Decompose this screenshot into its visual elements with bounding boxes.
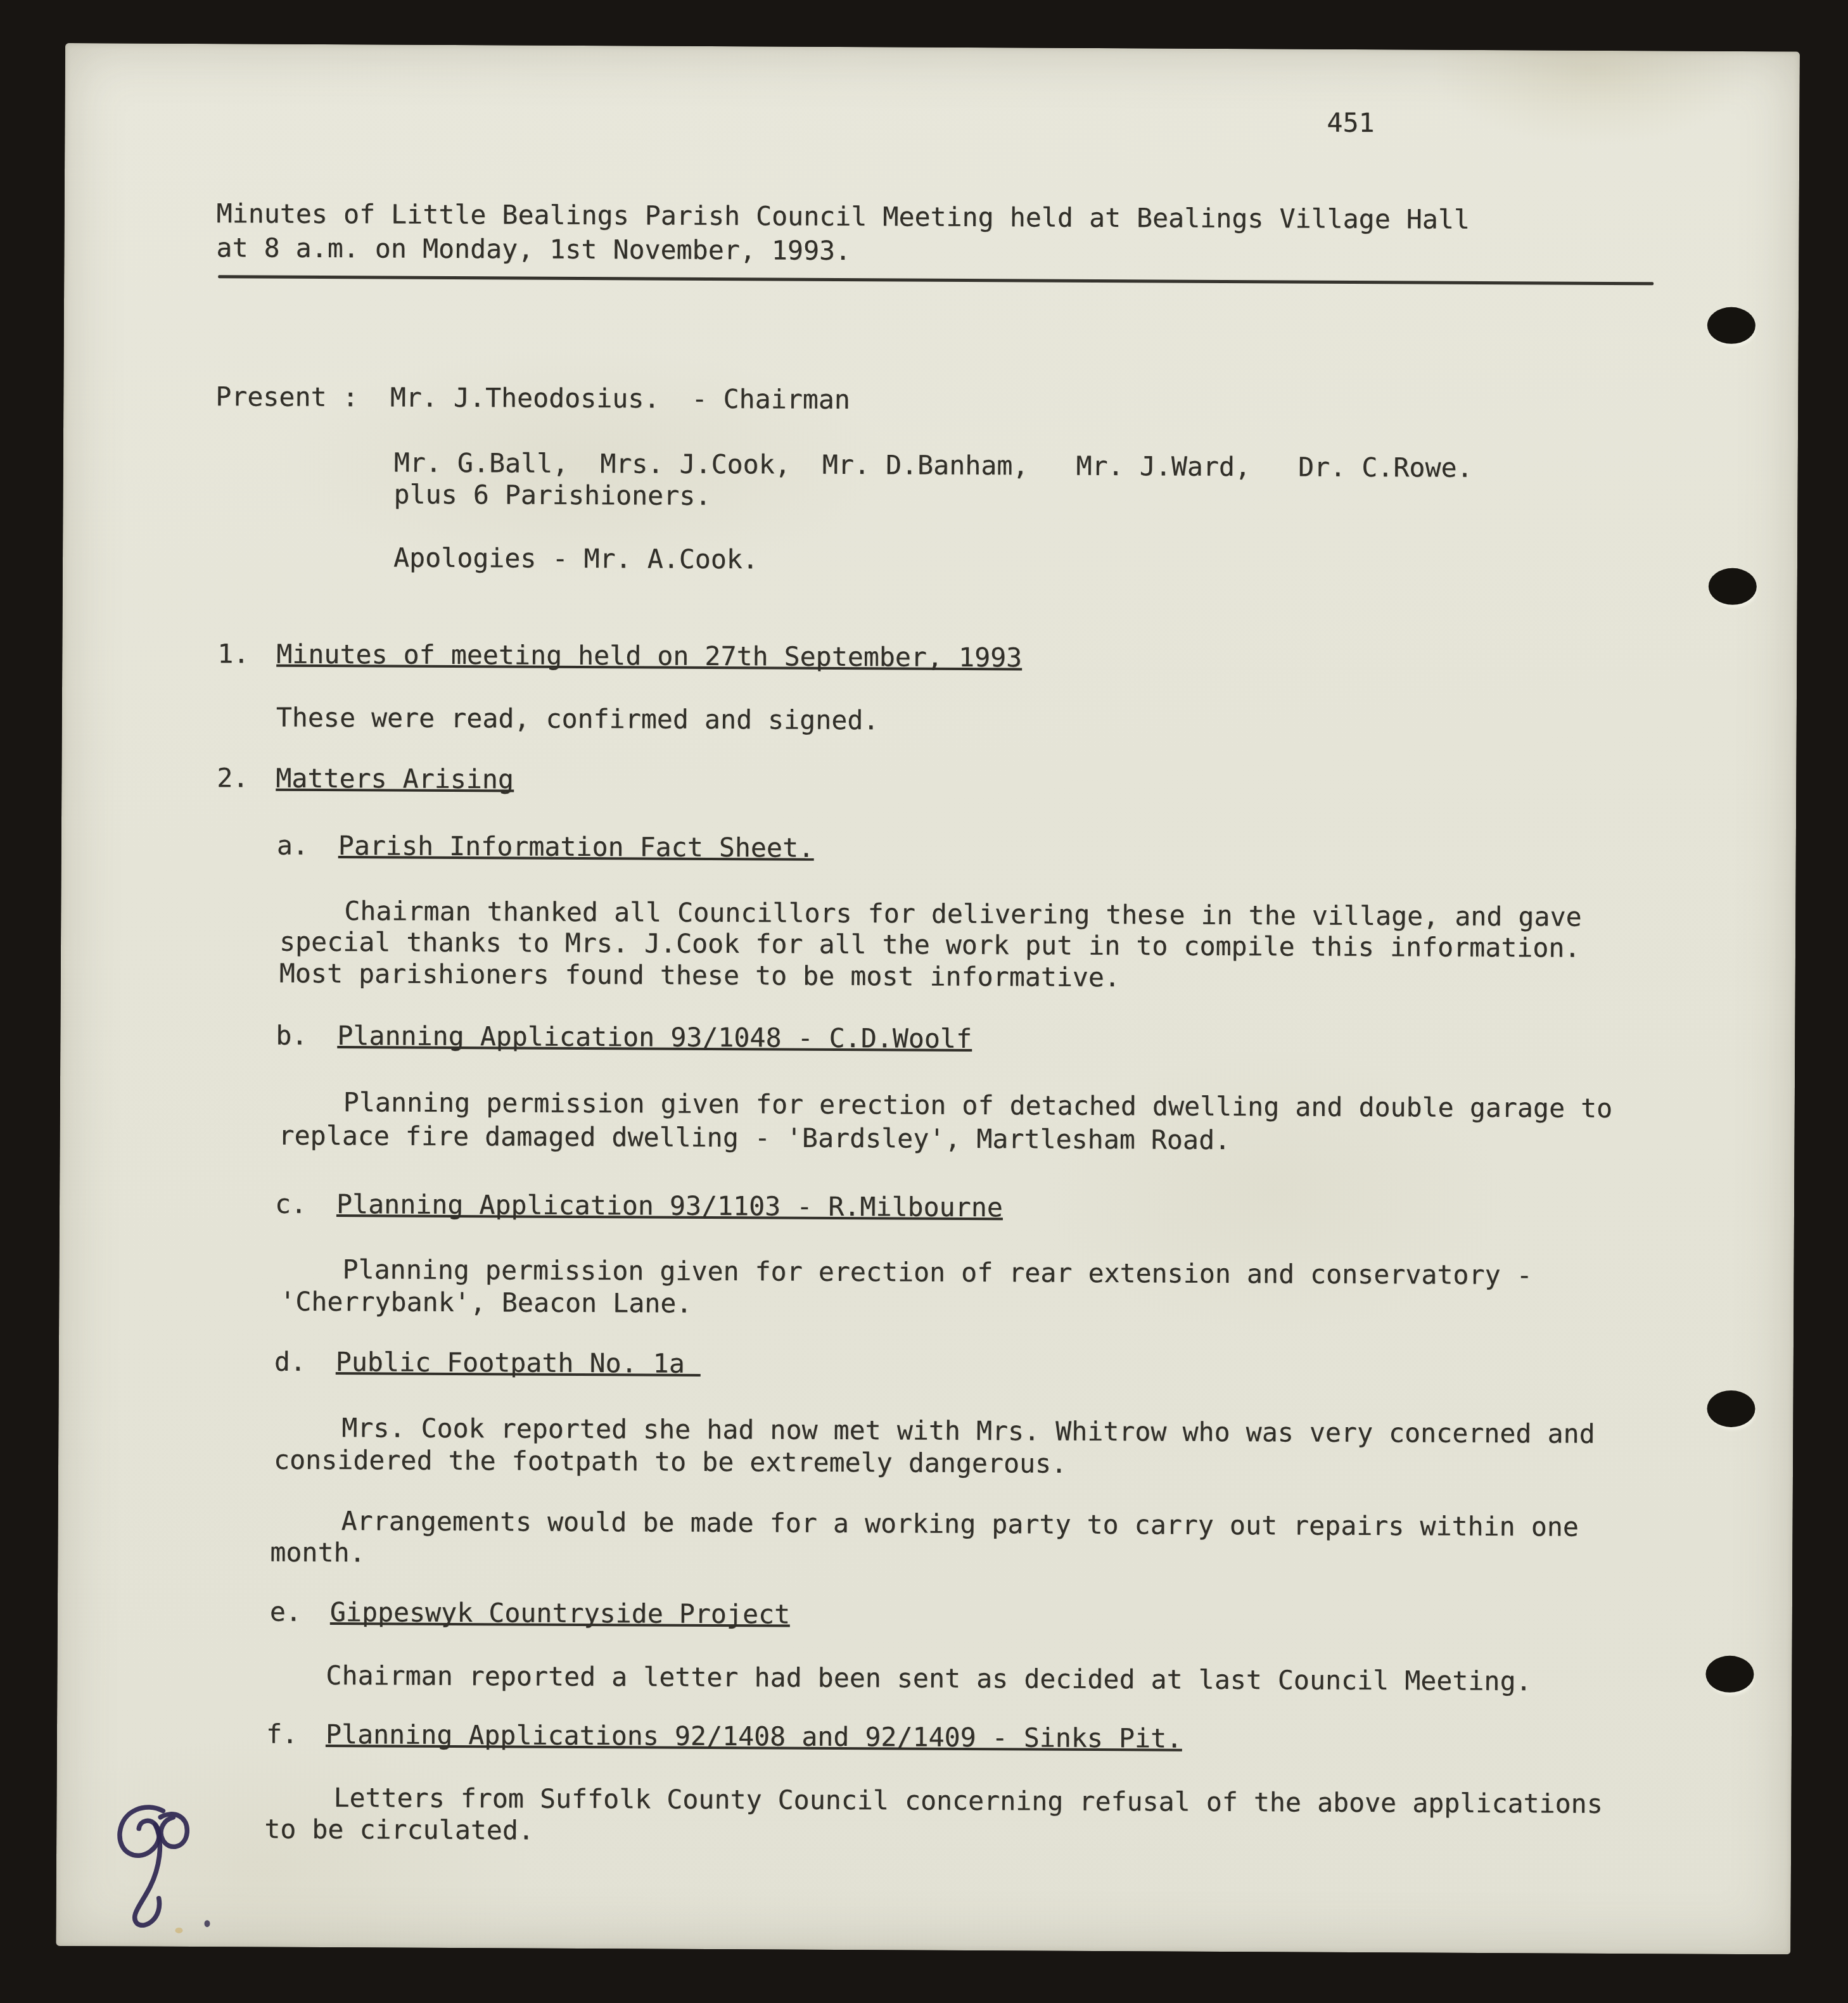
subitem-b-letter: b. (276, 1022, 307, 1049)
item-1-title-text: Minutes of meeting held on 27th Septembe… (276, 641, 1022, 671)
header-rule (218, 275, 1654, 285)
punch-hole (1709, 568, 1757, 605)
body-line: Letters from Suffolk County Council conc… (333, 1784, 1603, 1817)
subitem-c-letter: c. (275, 1191, 307, 1218)
body-line: Planning permission given for erection o… (343, 1089, 1613, 1121)
body-line: 'Cherrybank', Beacon Lane. (279, 1288, 692, 1317)
subitem-a-title: Parish Information Fact Sheet. (338, 832, 814, 861)
item-2-title-text: Matters Arising (276, 765, 514, 792)
body-line: replace fire damaged dwelling - 'Bardsle… (278, 1122, 1230, 1154)
item-2-number: 2. (217, 765, 248, 791)
apologies-line: Apologies - Mr. A.Cook. (393, 545, 758, 573)
body-line: Mrs. Cook reported she had now met with … (341, 1415, 1595, 1447)
body-line: considered the footpath to be extremely … (274, 1447, 1067, 1477)
subitem-d-title-text: Public Footpath No. 1a (336, 1349, 701, 1377)
ink-speck (204, 1920, 210, 1927)
body-line: Chairman reported a letter had been sent… (326, 1662, 1531, 1695)
subitem-f-title-text: Planning Applications 92/1408 and 92/140… (326, 1721, 1182, 1752)
present-line: Present : Mr. J.Theodosius. - Chairman (215, 383, 850, 412)
body-line: month. (270, 1539, 365, 1566)
page-number: 451 (1327, 110, 1374, 136)
parishioners-line: plus 6 Parishioners. (393, 481, 711, 509)
punch-hole (1707, 1390, 1755, 1427)
subitem-f-letter: f. (266, 1721, 298, 1748)
subitem-b-title: Planning Application 93/1048 - C.D.Woolf (337, 1022, 972, 1052)
body-line: Planning permission given for erection o… (342, 1256, 1532, 1288)
item-2-title: Matters Arising (276, 765, 514, 792)
body-line: to be circulated. (264, 1816, 534, 1844)
subitem-f-title: Planning Applications 92/1408 and 92/140… (326, 1721, 1182, 1752)
document-page: 451 Minutes of Little Bealings Parish Co… (56, 43, 1800, 1954)
subitem-a-letter: a. (277, 832, 309, 859)
subitem-d-title: Public Footpath No. 1a (336, 1349, 701, 1377)
councillors-line: Mr. G.Ball, Mrs. J.Cook, Mr. D.Banham, M… (394, 450, 1473, 481)
item-1-number: 1. (217, 640, 249, 667)
punch-hole (1707, 307, 1756, 344)
subitem-c-title: Planning Application 93/1103 - R.Milbour… (336, 1191, 1003, 1221)
subitem-e-title-text: Gippeswyk Countryside Project (330, 1599, 790, 1627)
subitem-e-letter: e. (270, 1599, 302, 1625)
item-1-body-line: These were read, confirmed and signed. (276, 704, 879, 734)
subitem-e-title: Gippeswyk Countryside Project (330, 1599, 790, 1627)
doc-title-line-2: at 8 a.m. on Monday, 1st November, 1993. (216, 234, 851, 264)
subitem-d-letter: d. (274, 1349, 306, 1375)
paper-stain-speck (175, 1928, 182, 1933)
body-line: Most parishioners found these to be most… (279, 960, 1120, 991)
subitem-b-title-text: Planning Application 93/1048 - C.D.Woolf (337, 1022, 972, 1052)
subitem-c-title-text: Planning Application 93/1103 - R.Milbour… (336, 1191, 1003, 1220)
body-line: special thanks to Mrs. J.Cook for all th… (279, 929, 1581, 962)
punch-hole (1705, 1656, 1754, 1693)
subitem-a-title-text: Parish Information Fact Sheet. (338, 832, 814, 861)
body-line: Chairman thanked all Councillors for del… (344, 898, 1581, 930)
item-1-title: Minutes of meeting held on 27th Septembe… (276, 641, 1022, 671)
doc-title-line-1: Minutes of Little Bealings Parish Counci… (217, 200, 1470, 232)
body-line: Arrangements would be made for a working… (341, 1508, 1579, 1540)
handwritten-initials (94, 1798, 259, 1982)
